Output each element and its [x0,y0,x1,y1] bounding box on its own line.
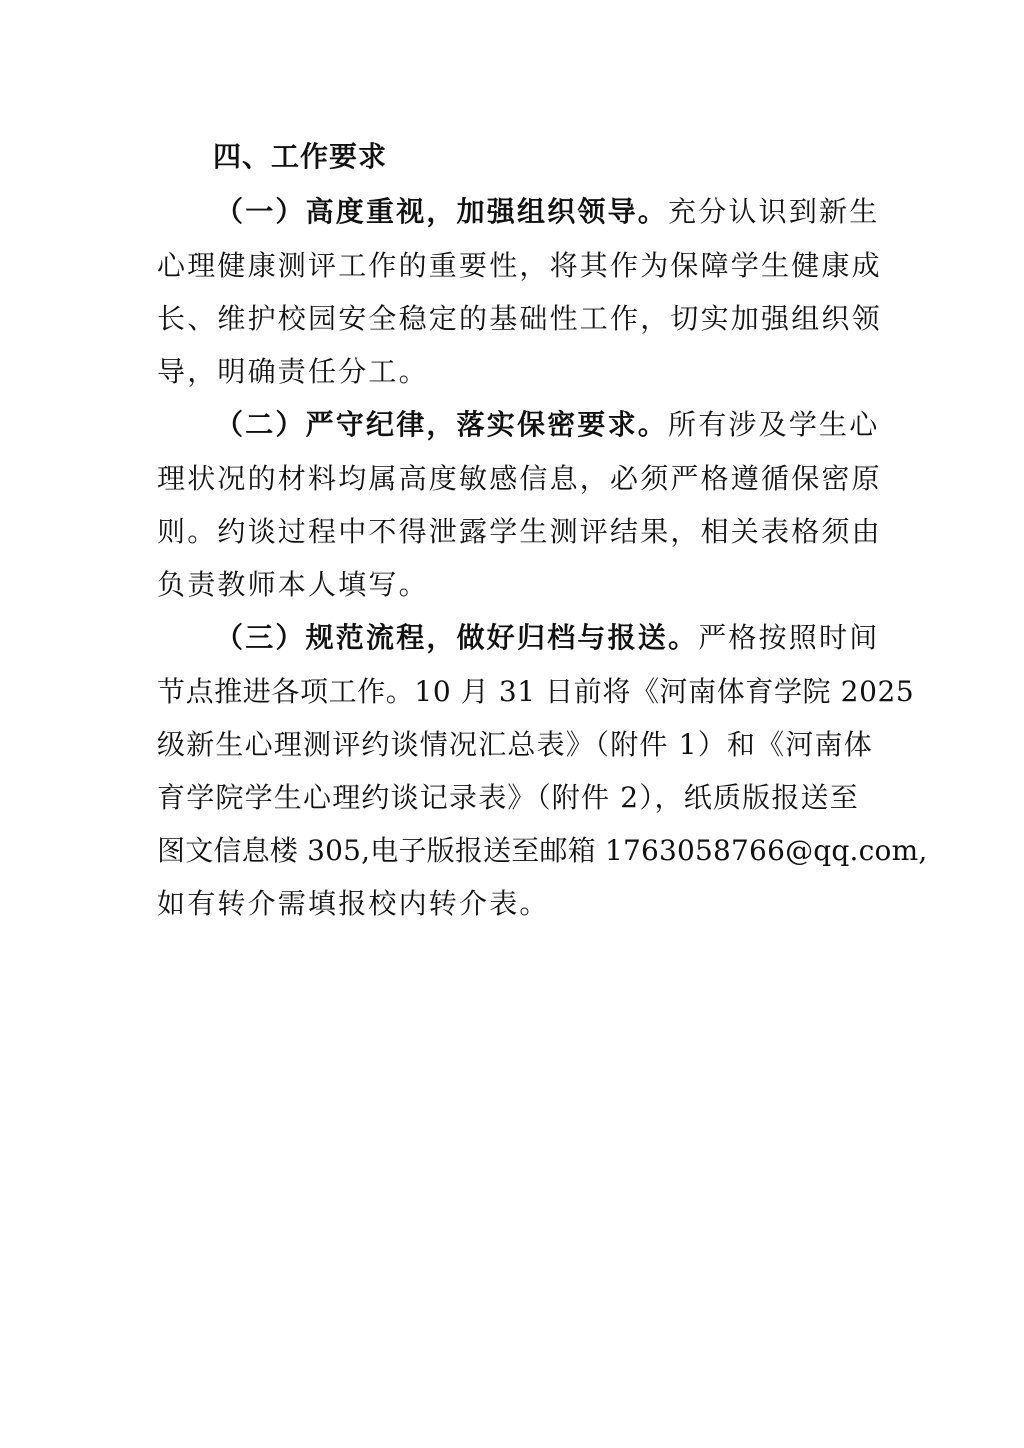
paragraph-1-line-3: 长、维护校园安全稳定的基础性工作，切实加强组织领 [157,299,857,339]
paragraph-3-line-6: 如有转介需填报校内转介表。 [157,884,857,924]
paragraph-3-text: 严格按照时间 [698,621,879,654]
paragraph-1-lead: （一）高度重视，加强组织领导。 [215,195,668,228]
paragraph-3-lead: （三）规范流程，做好归档与报送。 [215,621,698,654]
paragraph-2-text: 所有涉及学生心 [668,408,879,441]
paragraph-2-line-4: 负责教师本人填写。 [157,565,857,605]
paragraph-2-first-line: （二）严守纪律，落实保密要求。所有涉及学生心 [215,405,915,445]
document-page: 四、工作要求 （一）高度重视，加强组织领导。充分认识到新生 心理健康测评工作的重… [0,0,1024,1448]
paragraph-1-line-4: 导，明确责任分工。 [157,352,857,392]
paragraph-3-first-line: （三）规范流程，做好归档与报送。严格按照时间 [215,618,915,658]
paragraph-3-line-5: 图文信息楼 305,电子版报送至邮箱 1763058766@qq.com, [157,831,857,871]
paragraph-3-line-4: 育学院学生心理约谈记录表》（附件 2），纸质版报送至 [157,778,857,818]
paragraph-1-text: 充分认识到新生 [668,195,879,228]
paragraph-2-line-2: 理状况的材料均属高度敏感信息，必须严格遵循保密原 [157,459,857,499]
paragraph-1-first-line: （一）高度重视，加强组织领导。充分认识到新生 [215,192,915,232]
paragraph-3-line-3: 级新生心理测评约谈情况汇总表》（附件 1）和《河南体 [157,725,857,765]
paragraph-2-line-3: 则。约谈过程中不得泄露学生测评结果，相关表格须由 [157,512,857,552]
paragraph-1-line-2: 心理健康测评工作的重要性，将其作为保障学生健康成 [157,246,857,286]
section-heading: 四、工作要求 [213,137,913,177]
paragraph-2-lead: （二）严守纪律，落实保密要求。 [215,408,668,441]
paragraph-3-line-2: 节点推进各项工作。10 月 31 日前将《河南体育学院 2025 [157,672,857,712]
